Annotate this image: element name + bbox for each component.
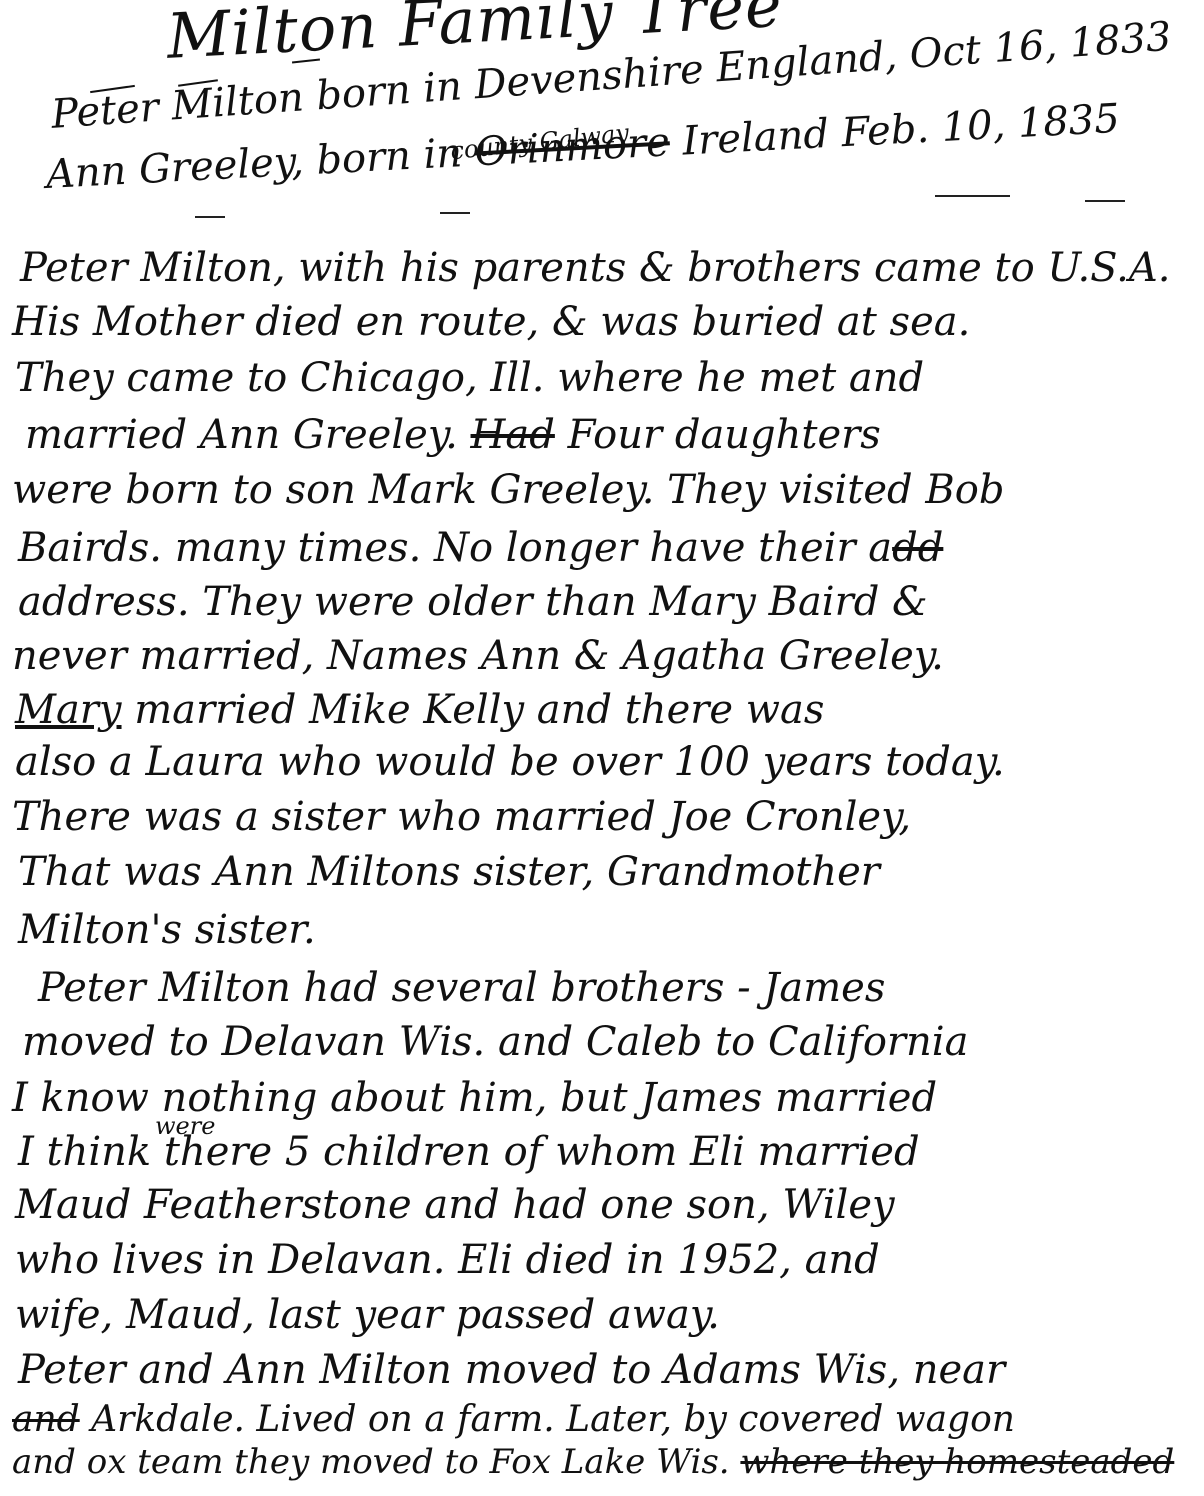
body-line: also a Laura who would be over 100 years… <box>15 742 1005 782</box>
body-line: who lives in Delavan. Eli died in 1952, … <box>15 1240 880 1280</box>
text-segment: married Mike Kelly and there was <box>122 687 825 733</box>
body-line: Peter Milton had several brothers - Jame… <box>38 968 885 1008</box>
body-line: I think there 5 children of whom Eli mar… <box>18 1132 920 1172</box>
struck-text: and <box>12 1399 80 1440</box>
body-line: Maud Featherstone and had one son, Wiley <box>15 1185 895 1225</box>
body-line: His Mother died en route, & was buried a… <box>12 302 970 342</box>
body-line: Peter Milton, with his parents & brother… <box>20 248 1170 288</box>
underlined-text: Mary <box>15 687 122 733</box>
body-line: and Arkdale. Lived on a farm. Later, by … <box>12 1402 1015 1438</box>
text-segment: 5 children of whom Eli married <box>285 1129 920 1175</box>
scanned-letter-page: Milton Family Tree Peter Milton born in … <box>0 0 1204 1496</box>
text-segment: Bairds. many times. No longer have their… <box>18 525 892 571</box>
body-line: Mary married Mike Kelly and there was <box>15 690 824 730</box>
separator-mark <box>935 195 1010 197</box>
text-segment: and ox team they moved to Fox Lake Wis. <box>12 1442 740 1482</box>
text-segment: Ireland Feb. 10, 1835 <box>669 96 1121 166</box>
separator-mark <box>440 212 470 214</box>
text-segment: married Ann Greeley. <box>25 412 471 458</box>
body-line: They came to Chicago, Ill. where he met … <box>15 358 924 398</box>
body-line: Milton's sister. <box>18 910 316 950</box>
body-line: Peter and Ann Milton moved to Adams Wis,… <box>18 1350 1005 1390</box>
body-line: wife, Maud, last year passed away. <box>15 1295 720 1335</box>
body-line: Bairds. many times. No longer have their… <box>18 528 943 568</box>
struck-text: dd <box>892 525 943 571</box>
body-line: never married, Names Ann & Agatha Greele… <box>12 636 944 676</box>
text-segment: Arkdale. Lived on a farm. Later, by cove… <box>80 1399 1015 1440</box>
struck-text: Orinmore <box>474 119 671 175</box>
body-line: That was Ann Miltons sister, Grandmother <box>18 852 880 892</box>
body-line: moved to Delavan Wis. and Caleb to Calif… <box>22 1022 968 1062</box>
body-line: married Ann Greeley. Had Four daughters <box>25 415 881 455</box>
struck-text: where they homesteaded <box>740 1442 1174 1482</box>
text-segment: Four daughters <box>555 412 881 458</box>
separator-mark <box>195 216 225 218</box>
text-segment: I think there <box>18 1129 285 1175</box>
body-line: I know nothing about him, but James marr… <box>12 1078 937 1118</box>
text-segment: Ann Greeley, born in <box>45 130 476 198</box>
body-line: There was a sister who married Joe Cronl… <box>12 797 911 837</box>
body-line: address. They were older than Mary Baird… <box>18 582 928 622</box>
body-line: were born to son Mark Greeley. They visi… <box>12 470 1004 510</box>
body-line: and ox team they moved to Fox Lake Wis. … <box>12 1445 1174 1479</box>
separator-mark <box>1085 200 1125 202</box>
struck-text: Had <box>471 412 555 458</box>
